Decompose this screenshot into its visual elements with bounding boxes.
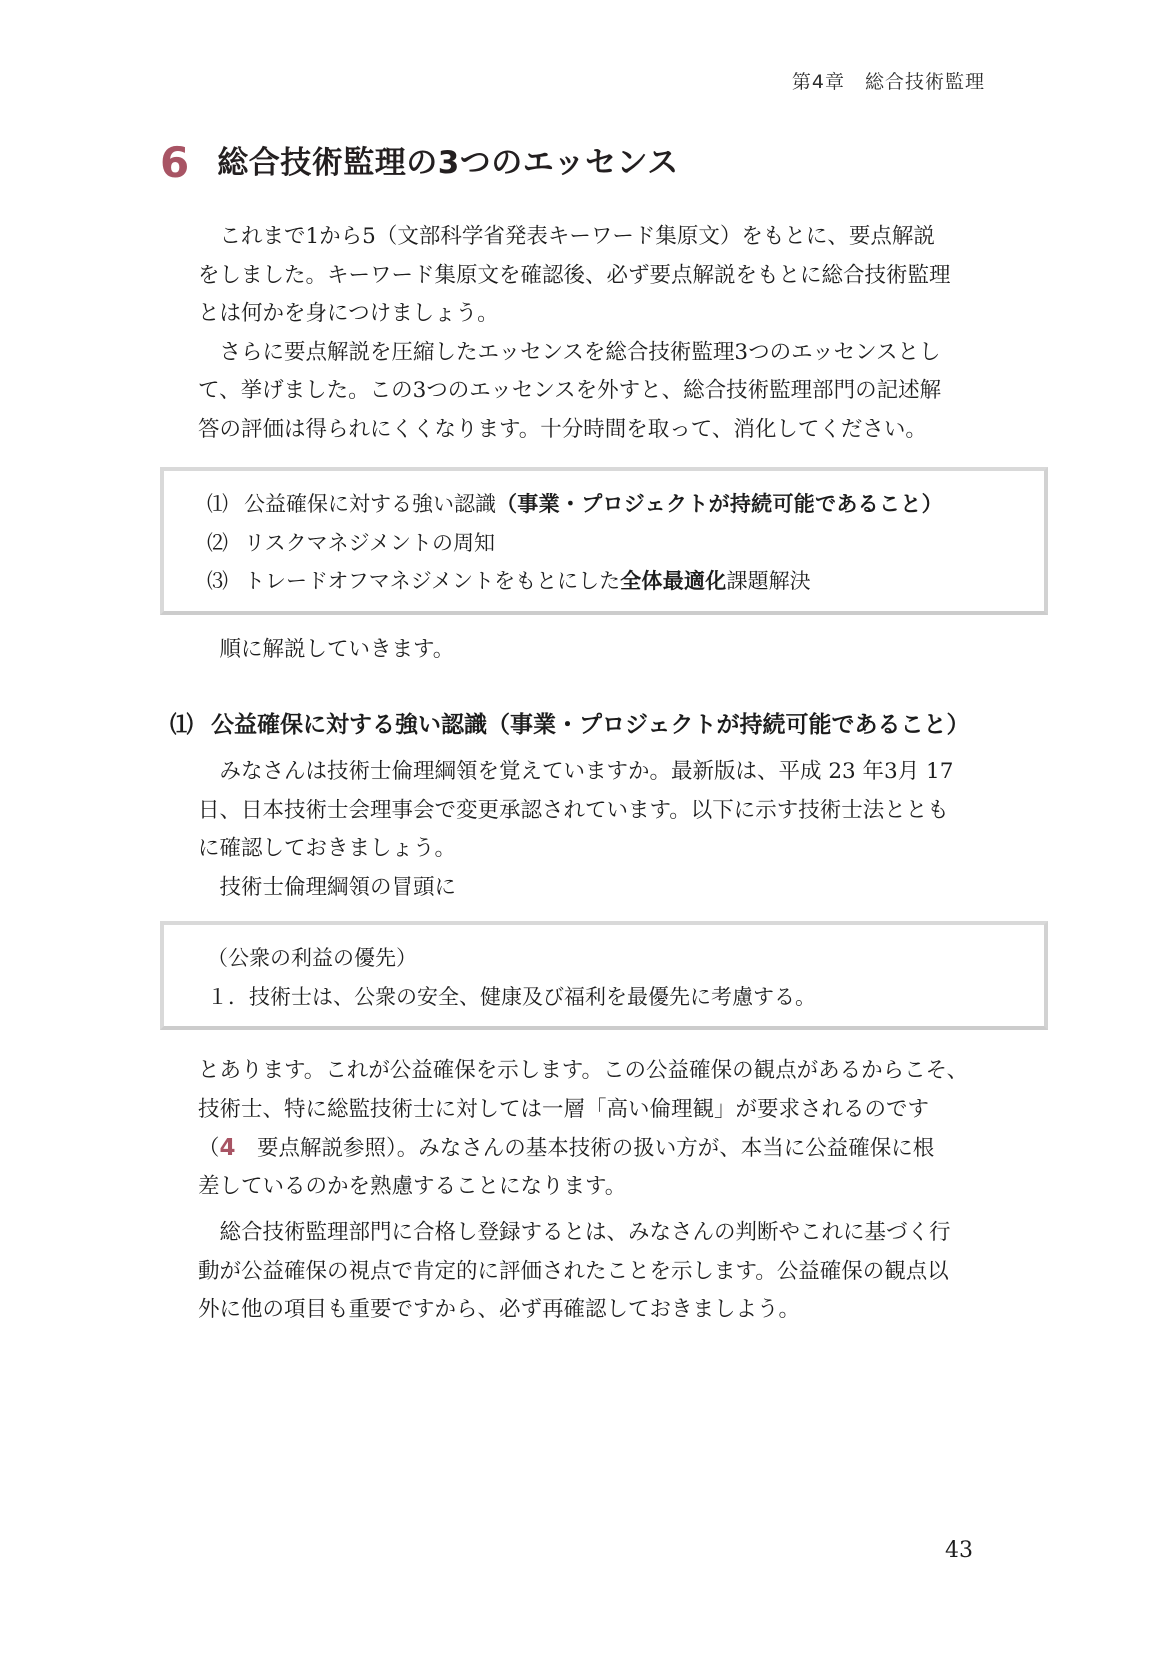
quote-line: １．技術士は、公衆の安全、健康及び福利を最優先に考慮する。 — [207, 978, 1034, 1017]
intro-paragraph-2: さらに要点解説を圧縮したエッセンスを総合技術監理3つのエッセンスとし て、挙げま… — [160, 334, 1048, 450]
item-number: ⑴ — [207, 485, 228, 524]
item-text-bold: 全体最適化 — [620, 569, 727, 593]
section1-paragraph-3: 総合技術監理部門に合格し登録するとは、みなさんの判断やこれに基づく行 動が公益確… — [160, 1214, 1048, 1330]
text-line: 差しているのかを熟慮することになります。 — [198, 1168, 1048, 1207]
text-line: 答の評価は得られにくくなります。十分時間を取って、消化してください。 — [198, 411, 1048, 450]
ethics-quote-box: （公衆の利益の優先） １．技術士は、公衆の安全、健康及び福利を最優先に考慮する。 — [160, 921, 1048, 1030]
text-line: て、挙げました。この3つのエッセンスを外すと、総合技術監理部門の記述解 — [198, 372, 1048, 411]
text-line: とは何かを身につけましょう。 — [198, 295, 1048, 334]
text-line: 順に解説していきます。 — [198, 631, 1048, 670]
item-text: リスクマネジメントの周知 — [244, 531, 495, 555]
essence-item-1: ⑴公益確保に対する強い認識（事業・プロジェクトが持続可能であること） — [207, 485, 1034, 524]
subsection-heading: ⑴公益確保に対する強い認識（事業・プロジェクトが持続可能であること） — [170, 707, 1048, 743]
text-line: 日、日本技術士会理事会で変更承認されています。以下に示す技術士法ととも — [198, 792, 1048, 831]
essence-item-2: ⑵リスクマネジメントの周知 — [207, 524, 1034, 563]
quote-line: （公衆の利益の優先） — [207, 939, 1034, 978]
reference-number: 4 — [220, 1135, 236, 1161]
page-content: 第4章 総合技術監理 6 総合技術監理の3つのエッセンス これまで1から5（文部… — [160, 0, 1048, 1330]
text-line: 総合技術監理部門に合格し登録するとは、みなさんの判断やこれに基づく行 — [198, 1214, 1048, 1253]
text-line: 技術士、特に総監技術士に対しては一層「高い倫理観」が要求されるのです — [198, 1091, 1048, 1130]
section-number: 6 — [160, 138, 189, 188]
text-line-with-ref: （4 要点解説参照）。みなさんの基本技術の扱い方が、本当に公益確保に根 — [198, 1129, 1048, 1168]
text-line: 技術士倫理綱領の冒頭に — [198, 869, 1048, 908]
text-line: をしました。キーワード集原文を確認後、必ず要点解説をもとに総合技術監理 — [198, 257, 1048, 296]
essence-box: ⑴公益確保に対する強い認識（事業・プロジェクトが持続可能であること） ⑵リスクマ… — [160, 467, 1048, 615]
section1-paragraph-1: みなさんは技術士倫理綱領を覚えていますか。最新版は、平成 23 年3月 17 日… — [160, 753, 1048, 907]
page-title: 総合技術監理の3つのエッセンス — [217, 138, 679, 188]
chapter-header: 第4章 総合技術監理 — [160, 70, 985, 94]
text-segment: （ — [198, 1136, 220, 1161]
text-segment: 要点解説参照）。みなさんの基本技術の扱い方が、本当に公益確保に根 — [236, 1136, 935, 1161]
item-text: 課題解決 — [727, 569, 811, 593]
item-text-bold: （事業・プロジェクトが持続可能であること） — [496, 492, 943, 516]
item-number: ⑵ — [207, 524, 228, 563]
item-number: ⑶ — [207, 562, 228, 601]
item-text: トレードオフマネジメントをもとにした — [244, 569, 620, 593]
text-line: みなさんは技術士倫理綱領を覚えていますか。最新版は、平成 23 年3月 17 — [198, 753, 1048, 792]
section-title-row: 6 総合技術監理の3つのエッセンス — [160, 138, 1048, 188]
subsection-number: ⑴ — [170, 712, 193, 738]
after-box-paragraph: 順に解説していきます。 — [160, 631, 1048, 670]
text-line: これまで1から5（文部科学省発表キーワード集原文）をもとに、要点解説 — [198, 218, 1048, 257]
text-line: に確認しておきましょう。 — [198, 830, 1048, 869]
essence-item-3: ⑶トレードオフマネジメントをもとにした全体最適化課題解決 — [207, 562, 1034, 601]
text-line: とあります。これが公益確保を示します。この公益確保の観点があるからこそ、 — [198, 1052, 1048, 1091]
page-number: 43 — [945, 1538, 973, 1563]
text-line: 動が公益確保の視点で肯定的に評価されたことを示します。公益確保の観点以 — [198, 1253, 1048, 1292]
intro-paragraph-1: これまで1から5（文部科学省発表キーワード集原文）をもとに、要点解説 をしました… — [160, 218, 1048, 334]
subsection-title: 公益確保に対する強い認識（事業・プロジェクトが持続可能であること） — [211, 712, 970, 738]
text-line: さらに要点解説を圧縮したエッセンスを総合技術監理3つのエッセンスとし — [198, 334, 1048, 373]
text-line: 外に他の項目も重要ですから、必ず再確認しておきましよう。 — [198, 1291, 1048, 1330]
item-text: 公益確保に対する強い認識 — [244, 492, 496, 516]
section1-paragraph-2: とあります。これが公益確保を示します。この公益確保の観点があるからこそ、 技術士… — [160, 1052, 1048, 1206]
